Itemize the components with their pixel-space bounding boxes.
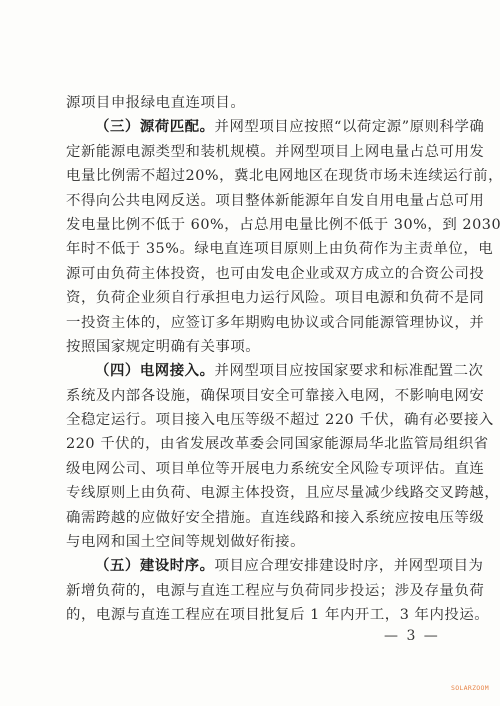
text-line: 不得向公共电网反送。项目整体新能源年自发自用电量占总可用 (66, 189, 434, 213)
line-text: 系统及内部各设施，确保项目安全可靠接入电网，不影响电网安 (66, 388, 484, 404)
line-text: 项目应合理安排建设时序，并网型项目为 (215, 558, 484, 574)
page-number: — 3 — (384, 628, 440, 644)
line-text: 源项目申报绿电直连项目。 (66, 95, 245, 111)
line-text: 并网型项目应按国家要求和标准配置二次 (215, 363, 484, 379)
text-line: 系统及内部各设施，确保项目安全可靠接入电网，不影响电网安 (66, 384, 434, 408)
section-heading-line: （三）源荷匹配。并网型项目应按照“以荷定源”原则科学确 (66, 115, 434, 139)
line-text: 年时不低于 35%。绿电直连项目原则上由负荷作为主责单位，电 (66, 241, 493, 257)
section-heading: （四）电网接入。 (95, 362, 215, 379)
text-line: 确需跨越的应做好安全措施。直连线路和接入系统应按电压等级 (66, 506, 434, 530)
line-text: 资，负荷企业须自行承担电力运行风险。项目电源和负荷不是同 (66, 290, 484, 306)
line-text: 全稳定运行。项目接入电压等级不超过 220 千伏，确有必要接入 (66, 412, 494, 428)
text-line: 年时不低于 35%。绿电直连项目原则上由负荷作为主责单位，电 (66, 237, 434, 261)
text-line: 电量比例需不超过20%，冀北电网地区在现货市场未连续运行前， (66, 164, 434, 188)
text-line: 的，电源与直连工程应在项目批复后 1 年内开工，3 年内投运。 (66, 603, 434, 627)
section-heading: （五）建设时序。 (95, 557, 215, 574)
watermark-logo: SOLARZOOM (451, 684, 489, 692)
text-line: 220 千伏的，由省发展改革委会同国家能源局华北监管局组织省 (66, 432, 434, 456)
line-text: 并网型项目应按照“以荷定源”原则科学确 (215, 119, 485, 135)
text-line: 按照国家规定明确有关事项。 (66, 335, 434, 359)
line-text: 电量比例需不超过20%，冀北电网地区在现货市场未连续运行前， (66, 168, 500, 184)
line-text: 与电网和国土空间等规划做好衔接。 (66, 534, 305, 550)
line-text: 220 千伏的，由省发展改革委会同国家能源局华北监管局组织省 (66, 436, 489, 452)
section-heading-line: （五）建设时序。项目应合理安排建设时序，并网型项目为 (66, 554, 434, 578)
text-line: 新增负荷的，电源与直连工程应与负荷同步投运；涉及存量负荷 (66, 579, 434, 603)
line-text: 按照国家规定明确有关事项。 (66, 339, 260, 355)
text-line: 发电量比例不低于 60%，占总用电量比例不低于 30%，到 2030 (66, 213, 434, 237)
line-text: 发电量比例不低于 60%，占总用电量比例不低于 30%，到 2030 (66, 217, 500, 233)
text-line: 与电网和国土空间等规划做好衔接。 (66, 530, 434, 554)
text-line: 专线原则上由负荷、电源主体投资，且应尽量减少线路交叉跨越， (66, 481, 434, 505)
text-line: 定新能源电源类型和装机规模。并网型项目上网电量占总可用发 (66, 140, 434, 164)
line-text: 一投资主体的，应签订多年期购电协议或合同能源管理协议，并 (66, 315, 484, 331)
line-text: 新增负荷的，电源与直连工程应与负荷同步投运；涉及存量负荷 (66, 583, 484, 599)
text-line: 全稳定运行。项目接入电压等级不超过 220 千伏，确有必要接入 (66, 408, 434, 432)
line-text: 级电网公司、项目单位等开展电力系统安全风险专项评估。直连 (66, 461, 484, 477)
line-text: 定新能源电源类型和装机规模。并网型项目上网电量占总可用发 (66, 144, 484, 160)
text-line: 一投资主体的，应签订多年期购电协议或合同能源管理协议，并 (66, 311, 434, 335)
text-line: 源可由负荷主体投资，也可由发电企业或双方成立的合资公司投 (66, 262, 434, 286)
section-heading-line: （四）电网接入。并网型项目应按国家要求和标准配置二次 (66, 359, 434, 383)
text-line: 源项目申报绿电直连项目。 (66, 91, 434, 115)
line-text: 不得向公共电网反送。项目整体新能源年自发自用电量占总可用 (66, 193, 484, 209)
text-line: 资，负荷企业须自行承担电力运行风险。项目电源和负荷不是同 (66, 286, 434, 310)
line-text: 确需跨越的应做好安全措施。直连线路和接入系统应按电压等级 (66, 510, 484, 526)
section-heading: （三）源荷匹配。 (95, 118, 215, 135)
line-text: 源可由负荷主体投资，也可由发电企业或双方成立的合资公司投 (66, 266, 484, 282)
document-body: 源项目申报绿电直连项目。 （三）源荷匹配。并网型项目应按照“以荷定源”原则科学确… (66, 91, 434, 628)
text-line: 级电网公司、项目单位等开展电力系统安全风险专项评估。直连 (66, 457, 434, 481)
line-text: 专线原则上由负荷、电源主体投资，且应尽量减少线路交叉跨越， (66, 485, 499, 501)
line-text: 的，电源与直连工程应在项目批复后 1 年内开工，3 年内投运。 (66, 607, 489, 623)
